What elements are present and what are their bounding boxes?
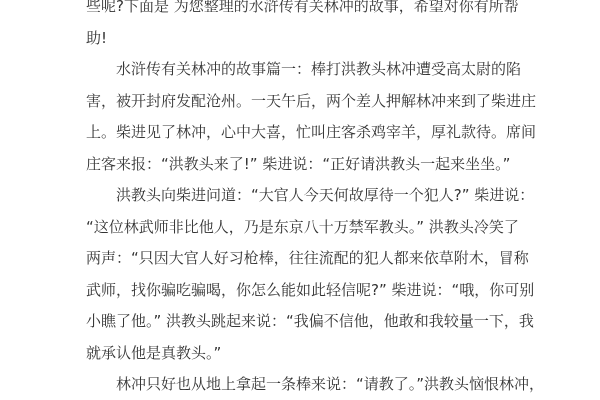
text-line: 洪教头向柴进问道：“大官人今天何故厚待一个犯人?” 柴进说：	[86, 180, 536, 212]
text-line: 害，被开封府发配沧州。一天午后，两个差人押解林冲来到了柴进庄	[86, 86, 536, 118]
text-line: 小瞧了他。” 洪教头跳起来说：“我偏不信他，他敢和我较量一下，我	[86, 306, 536, 338]
text-line: 水浒传有关林冲的故事篇一：棒打洪教头林冲遭受高太尉的陷	[86, 54, 536, 86]
text-line: 林冲只好也从地上拿起一条棒来说：“请教了。”洪教头恼恨林冲，	[86, 369, 536, 400]
text-line: 助!	[86, 23, 536, 55]
text-line: 两声：“只因大官人好习枪棒，往往流配的犯人都来依草附木，冒称	[86, 243, 536, 275]
text-line: 就承认他是真教头。”	[86, 338, 536, 370]
text-line: 些呢?下面是 为您整理的水浒传有关林冲的故事，希望对你有所帮	[86, 0, 536, 23]
text-line: “这位林武师非比他人，乃是东京八十万禁军教头。” 洪教头冷笑了	[86, 212, 536, 244]
article-text: 些呢?下面是 为您整理的水浒传有关林冲的故事，希望对你有所帮助!水浒传有关林冲的…	[86, 0, 536, 400]
text-line: 上。柴进见了林冲，心中大喜，忙叫庄客杀鸡宰羊，厚礼款待。席间	[86, 117, 536, 149]
document-page: 些呢?下面是 为您整理的水浒传有关林冲的故事，希望对你有所帮助!水浒传有关林冲的…	[0, 0, 600, 400]
text-line: 武师，找你骗吃骗喝，你怎么能如此轻信呢?” 柴进说：“哦，你可别	[86, 275, 536, 307]
text-line: 庄客来报：“洪教头来了!” 柴进说：“正好请洪教头一起来坐坐。”	[86, 149, 536, 181]
